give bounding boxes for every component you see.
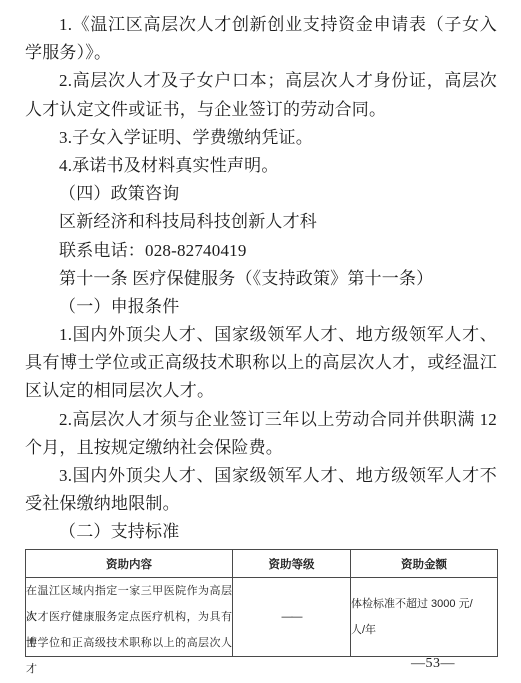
contact-phone-line: 联系电话：028-82740419 [25,237,497,265]
list-item-line: 1.《温江区高层次人才创新创业支持资金申请表（子女入 [25,11,497,39]
list-item-line: 3.国内外顶尖人才、国家级领军人才、地方级领军人才不 [25,462,497,490]
list-item-continuation: 具有博士学位或正高级技术职称以上的高层次人才，或经温江 [25,349,497,377]
table-header-row: 资助内容 资助等级 资助金额 [26,550,498,578]
department-line: 区新经济和科技局科技创新人才科 [25,208,497,236]
list-item-line: 2.高层次人才须与企业签订三年以上劳动合同并供职满 12 [25,406,497,434]
cell-text-line: 士学位和正高级技术职称以上的高层次人才 [26,630,232,656]
document-page: 1.《温江区高层次人才创新创业支持资金申请表（子女入 学服务）》。 2.高层次人… [0,0,521,683]
article-heading-medical-service: 第十一条 医疗保健服务（《支持政策》第十一条） [25,265,497,293]
list-item-continuation: 人才认定文件或证书，与企业签订的劳动合同。 [25,96,497,124]
cell-text-line: 体检标准不超过 3000 元/ [351,591,497,617]
table-cell-funding-content: 在温江区域内指定一家三甲医院作为高层次 人才医疗健康服务定点医疗机构，为具有博 … [26,578,233,657]
subsection-heading-policy-consult: （四）政策咨询 [25,180,497,208]
table-row: 在温江区域内指定一家三甲医院作为高层次 人才医疗健康服务定点医疗机构，为具有博 … [26,578,498,657]
list-item-continuation: 受社保缴纳地限制。 [25,490,497,518]
list-item-continuation: 个月，且按规定缴纳社会保险费。 [25,434,497,462]
list-item-line: 2.高层次人才及子女户口本；高层次人才身份证，高层次 [25,67,497,95]
cell-text-line: 人才医疗健康服务定点医疗机构，为具有博 [26,604,232,630]
list-item-line: 4.承诺书及材料真实性声明。 [25,152,497,180]
cell-text-line: 人/年 [351,617,497,643]
table-header-funding-content: 资助内容 [26,550,233,578]
table-cell-funding-amount: 体检标准不超过 3000 元/ 人/年 [351,578,498,657]
subsection-heading-support-standard: （二）支持标准 [25,518,497,546]
cell-text-line: 在温江区域内指定一家三甲医院作为高层次 [26,578,232,604]
support-standard-table: 资助内容 资助等级 资助金额 在温江区域内指定一家三甲医院作为高层次 人才医疗健… [25,549,498,657]
list-item-line: 3.子女入学证明、学费缴纳凭证。 [25,124,497,152]
document-body: 1.《温江区高层次人才创新创业支持资金申请表（子女入 学服务）》。 2.高层次人… [25,11,497,547]
table-header-funding-amount: 资助金额 [351,550,498,578]
list-item-line: 1.国内外顶尖人才、国家级领军人才、地方级领军人才、 [25,321,497,349]
page-number: —53— [411,656,455,672]
subsection-heading-apply-conditions: （一）申报条件 [25,293,497,321]
list-item-continuation: 学服务）》。 [25,39,497,67]
table-cell-funding-grade: —— [233,578,351,657]
list-item-continuation: 区认定的相同层次人才。 [25,377,497,405]
table-header-funding-grade: 资助等级 [233,550,351,578]
